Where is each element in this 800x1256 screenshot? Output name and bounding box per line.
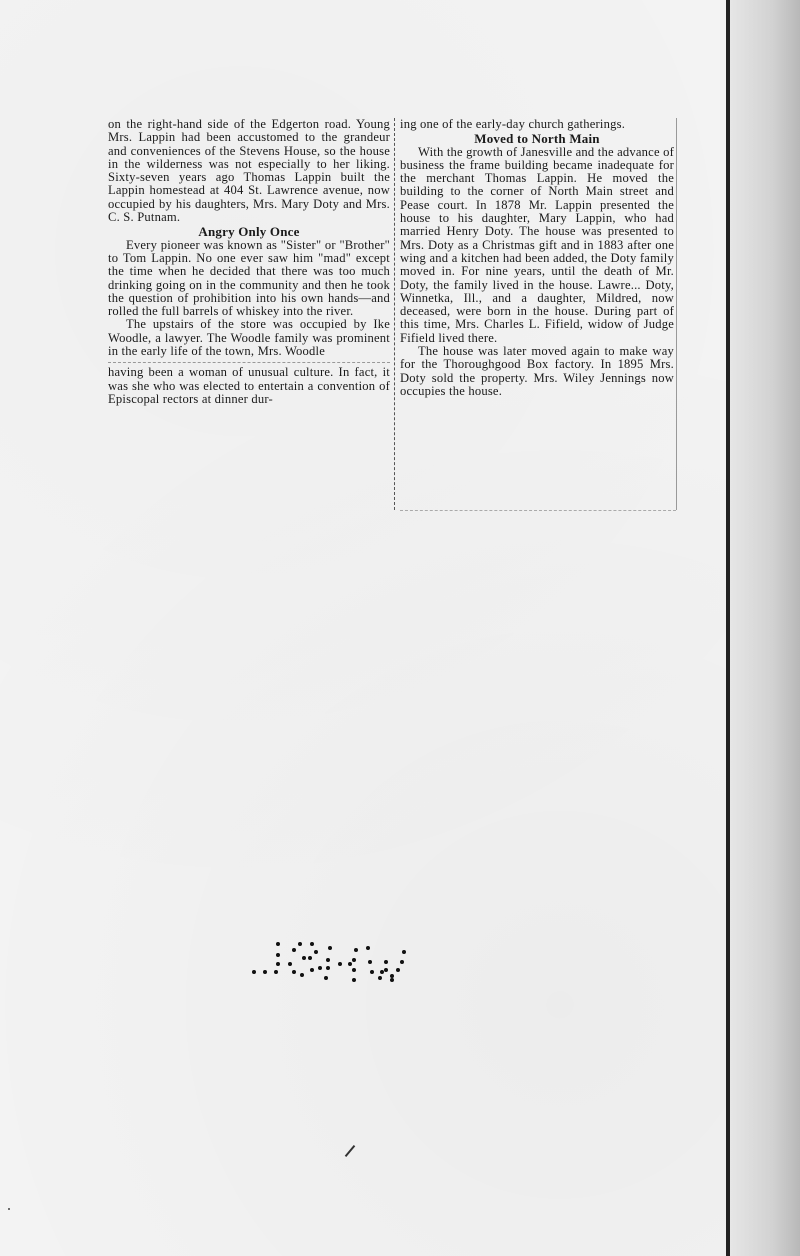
page-edge-shadow	[726, 0, 800, 1256]
subheading-angry-only-once: Angry Only Once	[108, 225, 390, 238]
paragraph: With the growth of Janesville and the ad…	[400, 146, 674, 345]
column-divider	[394, 118, 395, 510]
perforation-dot	[298, 942, 302, 946]
paragraph: Every pioneer was known as "Sister" or "…	[108, 239, 390, 319]
newspaper-clipping: on the right-hand side of the Edgerton r…	[108, 118, 674, 510]
perforation-dot	[276, 953, 280, 957]
perforation-dot	[328, 946, 332, 950]
perforation-dot	[368, 960, 372, 964]
perforation-dot	[384, 968, 388, 972]
perforation-dot	[370, 970, 374, 974]
perforation-dot	[252, 970, 256, 974]
perforation-dot	[390, 978, 394, 982]
right-column: ing one of the early-day church gatherin…	[400, 118, 674, 398]
clipping-cut-line	[108, 362, 390, 363]
perforation-dot	[348, 962, 352, 966]
perforation-dot	[400, 960, 404, 964]
perforation-dot	[318, 966, 322, 970]
perforation-dot	[292, 970, 296, 974]
perforation-dot	[354, 948, 358, 952]
perforation-dot	[396, 968, 400, 972]
perforation-dot	[288, 962, 292, 966]
perforation-dot	[300, 973, 304, 977]
paragraph: ing one of the early-day church gatherin…	[400, 118, 674, 131]
perforation-dot	[366, 946, 370, 950]
perforation-dot	[338, 962, 342, 966]
subheading-moved-to-north-main: Moved to North Main	[400, 132, 674, 145]
perforation-dot	[384, 960, 388, 964]
perforation-dot	[276, 942, 280, 946]
paragraph: The upstairs of the store was occupied b…	[108, 318, 390, 358]
paragraph: on the right-hand side of the Edgerton r…	[108, 118, 390, 224]
paragraph: The house was later moved again to make …	[400, 345, 674, 398]
perforation-dot	[352, 958, 356, 962]
perforation-dot	[310, 942, 314, 946]
perforation-dot	[263, 970, 267, 974]
perforation-stamp	[252, 940, 422, 990]
perforation-dot	[276, 962, 280, 966]
left-column: on the right-hand side of the Edgerton r…	[108, 118, 390, 406]
perforation-dot	[352, 968, 356, 972]
perforation-dot	[308, 956, 312, 960]
perforation-dot	[378, 976, 382, 980]
perforation-dot	[310, 968, 314, 972]
perforation-dot	[274, 970, 278, 974]
perforation-dot	[302, 956, 306, 960]
perforation-dot	[326, 958, 330, 962]
paragraph-continued: having been a woman of unusual culture. …	[108, 366, 390, 406]
perforation-dot	[352, 978, 356, 982]
clipping-edge	[400, 510, 676, 511]
perforation-dot	[292, 948, 296, 952]
perforation-dot	[314, 950, 318, 954]
clipping-edge	[676, 118, 677, 510]
perforation-dot	[402, 950, 406, 954]
speck	[8, 1208, 10, 1210]
perforation-dot	[324, 976, 328, 980]
perforation-dot	[326, 966, 330, 970]
